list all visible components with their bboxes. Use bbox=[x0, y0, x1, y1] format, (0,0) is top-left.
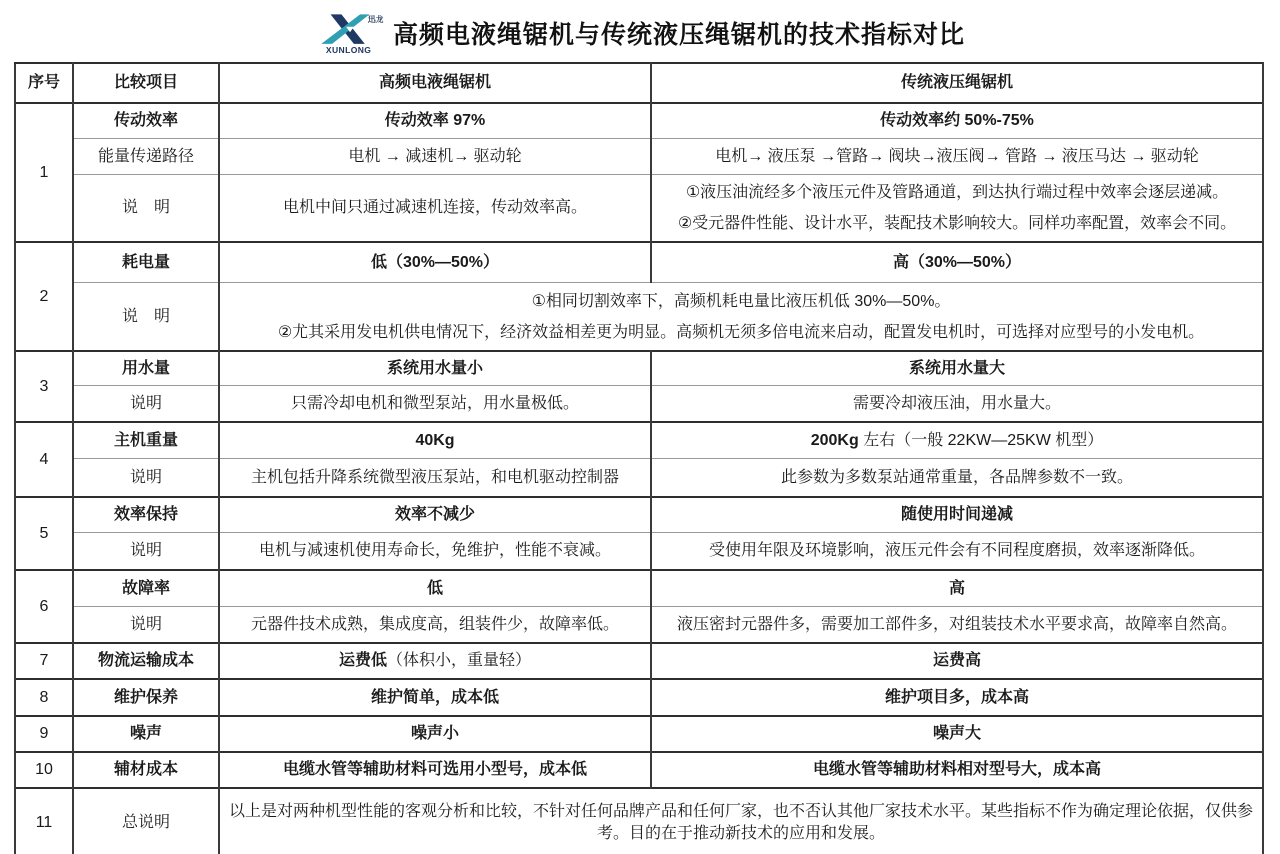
row-5-note: 说明 电机与减速机使用寿命长，免维护，性能不衰减。 受使用年限及环境影响，液压元… bbox=[15, 533, 1263, 571]
r7-hf-value-strong: 运费低 bbox=[339, 652, 387, 669]
cell-r11-note: 以上是对两种机型性能的客观分析和比较，不针对任何品牌产品和任何厂家，也不否认其他… bbox=[219, 788, 1263, 854]
cell-r5-hf-note: 电机与减速机使用寿命长，免维护，性能不衰减。 bbox=[219, 533, 651, 571]
row-4-metric: 4 主机重量 40Kg 200Kg 左右（一般 22KW—25KW 机型） bbox=[15, 422, 1263, 459]
cell-r3-note-label: 说明 bbox=[73, 386, 219, 423]
page-title: 高频电液绳锯机与传统液压绳锯机的技术指标对比 bbox=[393, 15, 965, 51]
row-3-note: 说明 只需冷却电机和微型泵站，用水量极低。 需要冷却液压油，用水量大。 bbox=[15, 386, 1263, 423]
cell-r1-path-label: 能量传递路径 bbox=[73, 139, 219, 175]
cell-r4-hf-note: 主机包括升降系统微型液压泵站，和电机驱动控制器 bbox=[219, 459, 651, 498]
header-item: 比较项目 bbox=[73, 63, 219, 103]
cell-r11-metric: 总说明 bbox=[73, 788, 219, 854]
cell-r8-metric: 维护保养 bbox=[73, 679, 219, 716]
cell-r3-trad-value: 系统用水量大 bbox=[651, 351, 1263, 386]
cell-r1-note-label: 说 明 bbox=[73, 175, 219, 243]
row-7: 7 物流运输成本 运费低（体积小，重量轻） 运费高 bbox=[15, 643, 1263, 679]
row-8: 8 维护保养 维护简单，成本低 维护项目多，成本高 bbox=[15, 679, 1263, 716]
comparison-table: 序号 比较项目 高频电液绳锯机 传统液压绳锯机 1 传动效率 传动效率 97% … bbox=[14, 62, 1264, 854]
cell-r2-metric: 耗电量 bbox=[73, 242, 219, 283]
cell-r8-hf-value: 维护简单，成本低 bbox=[219, 679, 651, 716]
cell-r2-note: ①相同切割效率下，高频机耗电量比液压机低 30%—50%。 ②尤其采用发电机供电… bbox=[219, 283, 1263, 352]
cell-r7-metric: 物流运输成本 bbox=[73, 643, 219, 679]
cell-r4-metric: 主机重量 bbox=[73, 422, 219, 459]
cell-r5-trad-note: 受使用年限及环境影响，液压元件会有不同程度磨损，效率逐渐降低。 bbox=[651, 533, 1263, 571]
logo-cn-text: 迅龙 bbox=[368, 14, 384, 24]
cell-r4-trad-note: 此参数为多数泵站通常重量，各品牌参数不一致。 bbox=[651, 459, 1263, 498]
cell-r3-seq: 3 bbox=[15, 351, 73, 422]
r4-trad-value-strong: 200Kg bbox=[811, 432, 859, 449]
cell-r5-hf-value: 效率不减少 bbox=[219, 497, 651, 533]
row-1-note: 说 明 电机中间只通过减速机连接，传动效率高。 ①液压油流经多个液压元件及管路通… bbox=[15, 175, 1263, 243]
cell-r7-hf-value: 运费低（体积小，重量轻） bbox=[219, 643, 651, 679]
row-2-metric: 2 耗电量 低（30%—50%） 高（30%—50%） bbox=[15, 242, 1263, 283]
cell-r3-hf-value: 系统用水量小 bbox=[219, 351, 651, 386]
cell-r2-note-label: 说 明 bbox=[73, 283, 219, 352]
cell-r4-hf-value: 40Kg bbox=[219, 422, 651, 459]
cell-r5-note-label: 说明 bbox=[73, 533, 219, 571]
cell-r8-trad-value: 维护项目多，成本高 bbox=[651, 679, 1263, 716]
cell-r6-hf-value: 低 bbox=[219, 570, 651, 607]
cell-r2-trad-value: 高（30%—50%） bbox=[651, 242, 1263, 283]
cell-r1-trad-path: 电机→ 液压泵 →管路→ 阀块→液压阀→ 管路 → 液压马达 → 驱动轮 bbox=[651, 139, 1263, 175]
cell-r9-trad-value: 噪声大 bbox=[651, 716, 1263, 752]
r2-note-line2: ②尤其采用发电机供电情况下，经济效益相差更为明显。高频机无须多倍电流来启动，配置… bbox=[226, 317, 1256, 348]
cell-r3-metric: 用水量 bbox=[73, 351, 219, 386]
row-9: 9 噪声 噪声小 噪声大 bbox=[15, 716, 1263, 752]
cell-r11-seq: 11 bbox=[15, 788, 73, 854]
cell-r1-seq: 1 bbox=[15, 103, 73, 242]
cell-r1-hf-note: 电机中间只通过减速机连接，传动效率高。 bbox=[219, 175, 651, 243]
cell-r3-trad-note: 需要冷却液压油，用水量大。 bbox=[651, 386, 1263, 423]
cell-r1-trad-value: 传动效率约 50%-75% bbox=[651, 103, 1263, 139]
header-seq: 序号 bbox=[15, 63, 73, 103]
row-2-note: 说 明 ①相同切割效率下，高频机耗电量比液压机低 30%—50%。 ②尤其采用发… bbox=[15, 283, 1263, 352]
r4-trad-value-note: 左右（一般 22KW—25KW 机型） bbox=[859, 432, 1103, 449]
cell-r7-seq: 7 bbox=[15, 643, 73, 679]
cell-r10-seq: 10 bbox=[15, 752, 73, 788]
header-hf-machine: 高频电液绳锯机 bbox=[219, 63, 651, 103]
row-10: 10 辅材成本 电缆水管等辅助材料可选用小型号，成本低 电缆水管等辅助材料相对型… bbox=[15, 752, 1263, 788]
cell-r1-trad-note: ①液压油流经多个液压元件及管路通道，到达执行端过程中效率会逐层递减。 ②受元器件… bbox=[651, 175, 1263, 243]
cell-r6-hf-note: 元器件技术成熟，集成度高，组装件少，故障率低。 bbox=[219, 607, 651, 644]
cell-r7-trad-value: 运费高 bbox=[651, 643, 1263, 679]
cell-r1-hf-path: 电机 → 减速机→ 驱动轮 bbox=[219, 139, 651, 175]
cell-r10-metric: 辅材成本 bbox=[73, 752, 219, 788]
cell-r6-note-label: 说明 bbox=[73, 607, 219, 644]
cell-r4-seq: 4 bbox=[15, 422, 73, 497]
cell-r4-note-label: 说明 bbox=[73, 459, 219, 498]
cell-r9-seq: 9 bbox=[15, 716, 73, 752]
r7-hf-value-note: （体积小，重量轻） bbox=[387, 652, 531, 669]
cell-r1-metric: 传动效率 bbox=[73, 103, 219, 139]
row-5-metric: 5 效率保持 效率不减少 随使用时间递减 bbox=[15, 497, 1263, 533]
row-3-metric: 3 用水量 系统用水量小 系统用水量大 bbox=[15, 351, 1263, 386]
row-1-path: 能量传递路径 电机 → 减速机→ 驱动轮 电机→ 液压泵 →管路→ 阀块→液压阀… bbox=[15, 139, 1263, 175]
row-4-note: 说明 主机包括升降系统微型液压泵站，和电机驱动控制器 此参数为多数泵站通常重量，… bbox=[15, 459, 1263, 498]
cell-r2-hf-value: 低（30%—50%） bbox=[219, 242, 651, 283]
row-6-note: 说明 元器件技术成熟，集成度高，组装件少，故障率低。 液压密封元器件多，需要加工… bbox=[15, 607, 1263, 644]
cell-r6-metric: 故障率 bbox=[73, 570, 219, 607]
cell-r10-trad-value: 电缆水管等辅助材料相对型号大，成本高 bbox=[651, 752, 1263, 788]
xunlong-logo: XUNLONG 迅龙 bbox=[315, 7, 385, 59]
cell-r6-trad-value: 高 bbox=[651, 570, 1263, 607]
r1-trad-note-line2: ②受元器件性能、设计水平，装配技术影响较大。同样功率配置，效率会不同。 bbox=[658, 208, 1256, 239]
cell-r5-metric: 效率保持 bbox=[73, 497, 219, 533]
r2-note-line1: ①相同切割效率下，高频机耗电量比液压机低 30%—50%。 bbox=[226, 286, 1256, 317]
r1-trad-note-line1: ①液压油流经多个液压元件及管路通道，到达执行端过程中效率会逐层递减。 bbox=[658, 177, 1256, 208]
cell-r4-trad-value: 200Kg 左右（一般 22KW—25KW 机型） bbox=[651, 422, 1263, 459]
cell-r3-hf-note: 只需冷却电机和微型泵站，用水量极低。 bbox=[219, 386, 651, 423]
logo-brand-text: XUNLONG bbox=[326, 45, 371, 55]
page-header: XUNLONG 迅龙 高频电液绳锯机与传统液压绳锯机的技术指标对比 bbox=[0, 0, 1280, 62]
cell-r9-metric: 噪声 bbox=[73, 716, 219, 752]
cell-r10-hf-value: 电缆水管等辅助材料可选用小型号，成本低 bbox=[219, 752, 651, 788]
cell-r2-seq: 2 bbox=[15, 242, 73, 351]
cell-r5-trad-value: 随使用时间递减 bbox=[651, 497, 1263, 533]
cell-r5-seq: 5 bbox=[15, 497, 73, 570]
cell-r8-seq: 8 bbox=[15, 679, 73, 716]
cell-r1-hf-value: 传动效率 97% bbox=[219, 103, 651, 139]
cell-r6-trad-note: 液压密封元器件多，需要加工部件多，对组装技术水平要求高，故障率自然高。 bbox=[651, 607, 1263, 644]
xunlong-logo-mark: XUNLONG 迅龙 bbox=[315, 7, 385, 59]
cell-r9-hf-value: 噪声小 bbox=[219, 716, 651, 752]
table-header-row: 序号 比较项目 高频电液绳锯机 传统液压绳锯机 bbox=[15, 63, 1263, 103]
row-11: 11 总说明 以上是对两种机型性能的客观分析和比较，不针对任何品牌产品和任何厂家… bbox=[15, 788, 1263, 854]
row-6-metric: 6 故障率 低 高 bbox=[15, 570, 1263, 607]
cell-r6-seq: 6 bbox=[15, 570, 73, 643]
row-1-metric: 1 传动效率 传动效率 97% 传动效率约 50%-75% bbox=[15, 103, 1263, 139]
header-trad-machine: 传统液压绳锯机 bbox=[651, 63, 1263, 103]
